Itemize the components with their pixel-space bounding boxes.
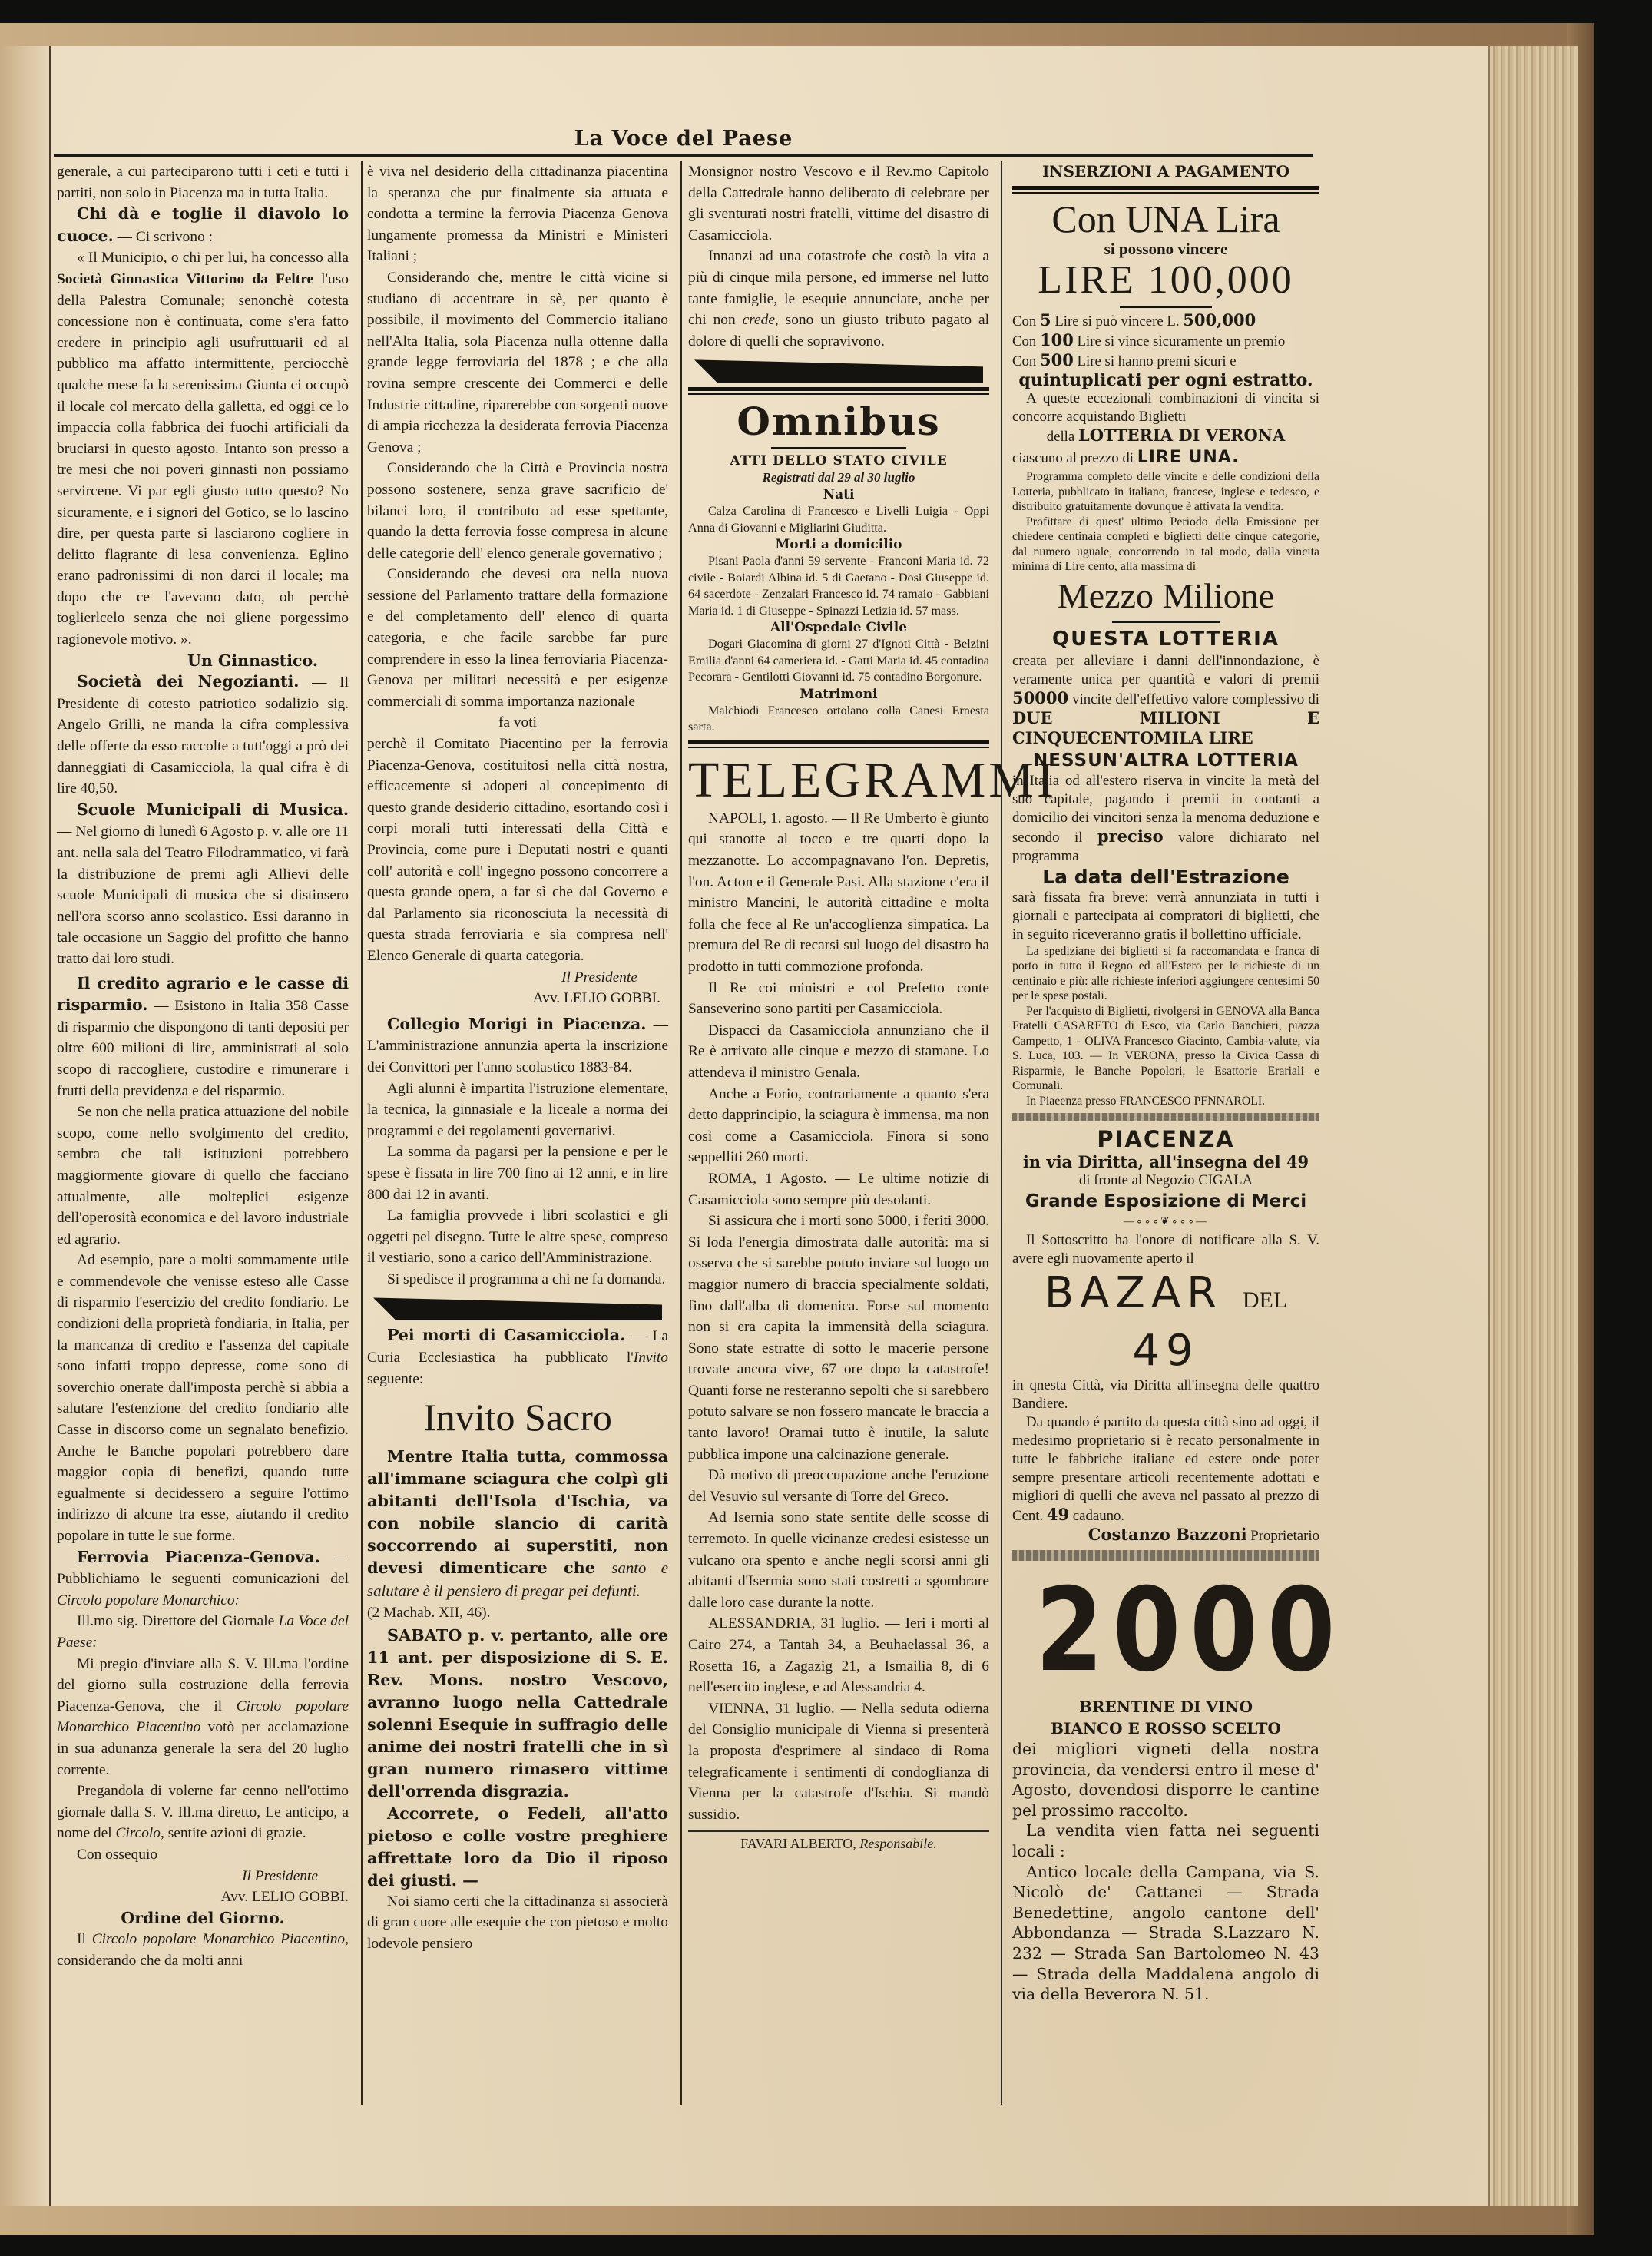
text: Il [77,1931,92,1947]
ornament-divider: —∘∘∘❦∘∘∘— [1012,1213,1319,1231]
paragraph: Mentre Italia tutta, commossa all'immane… [367,1445,668,1602]
article-ferrovia: Ferrovia Piacenza-Genova. — Pubblichiamo… [57,1547,349,1612]
fine-print: Programma completo delle vincite e delle… [1012,469,1319,515]
paragraph: Anche a Forio, contrariamente a quanto s… [688,1084,989,1168]
text-italic: Invito [634,1350,668,1366]
paragraph: Il Sottoscritto ha l'onore di notificare… [1012,1231,1319,1268]
article-scuole-musica: Scuole Municipali di Musica. — Nel giorn… [57,800,349,970]
paragraph: Il Circolo popolare Monarchico Piacentin… [57,1929,349,1971]
short-rule [1112,621,1220,623]
lottery-subhead: si possono vincere [1012,240,1319,258]
lotteria-verona-line: della LOTTERIA DI VERONA [1012,426,1319,446]
column-3: Monsignor nostro Vescovo e il Rev.mo Cap… [688,161,989,1855]
bazar-del-49: BAZAR DEL 49 [1012,1268,1319,1376]
paragraph: Si spedisce il programma a chi ne fa dom… [367,1269,668,1290]
births-list: Calza Carolina di Francesco e Livelli Lu… [688,503,989,536]
paragraph: è viva nel desiderio della cittadinanza … [367,161,668,267]
marriages-list: Malchiodi Francesco ortolano colla Canes… [688,703,989,736]
data-estrazione: La data dell'Estrazione [1012,866,1319,889]
fa-voti: fa voti [367,712,668,734]
text: Lire si vince sicuramente un premio [1074,333,1285,349]
paragraph: in qnesta Città, via Diritta all'insegna… [1012,1376,1319,1413]
double-rule [688,740,989,748]
matrimoni-heading: Matrimoni [688,686,989,703]
text: 49 [1132,1326,1199,1376]
paragraph: dei migliori vigneti della nostra provin… [1012,1739,1319,1820]
piacenza-heading: PIACENZA [1012,1125,1319,1153]
paragraph: Mi pregio d'inviare alla S. V. Ill.ma l'… [57,1654,349,1781]
lottery-headline: Con UNA Lira [1012,198,1319,240]
article-credito-agrario: Il credito agrario e le casse di risparm… [57,973,349,1102]
telegram-roma: ROMA, 1 Agosto. — Le ultime notizie di C… [688,1168,989,1211]
paragraph: Monsignor nostro Vescovo e il Rev.mo Cap… [688,161,989,246]
text-italic: Circolo popolare Monarchico: [57,1592,240,1608]
nessun-altra-lotteria: NESSUN'ALTRA LOTTERIA [1012,749,1319,772]
paragraph: Accorrete, o Fedeli, all'atto pietoso e … [367,1802,668,1891]
via-diritta: in via Diritta, all'insegna del 49 [1012,1153,1319,1171]
nati-heading: Nati [688,486,989,503]
paragraph: SABATO p. v. pertanto, alle ore 11 ant. … [367,1624,668,1802]
article-pei-morti: Pei morti di Casamicciola. — La Curia Ec… [367,1325,668,1390]
paragraph: sarà fissata fra breve: verrà annunziata… [1012,889,1319,944]
hospital-deaths-list: Dogari Giacomina di giorni 27 d'Ignoti C… [688,636,989,686]
telegrammi-heading: TELEGRAMMI [688,753,989,808]
paragraph: generale, a cui parteciparono tutti i ce… [57,161,349,204]
text: Con [1012,313,1040,330]
text-bold: Costanzo Bazzoni [1088,1525,1247,1544]
di-fronte: di fronte al Negozio CIGALA [1012,1171,1319,1190]
text: ciascuno al prezzo di [1012,450,1137,466]
invito-sacro-title: Invito Sacro [367,1394,668,1440]
text: BAZAR [1045,1268,1223,1318]
column-divider [1001,161,1002,2105]
signature-name: Avv. LELIO GOBBI. [57,1887,349,1908]
article-heading: Società dei Negozianti. [77,672,299,691]
wine-ad-2000: 2000 [1035,1565,1296,1696]
divider-bar [1012,1113,1319,1121]
column-1: generale, a cui parteciparono tutti i ce… [57,161,349,1971]
atti-stato-civile-heading: ATTI DELLO STATO CIVILE [688,452,989,469]
paragraph: Agli alunni è impartita l'istruzione ele… [367,1078,668,1142]
section-divider-bar [373,1297,662,1320]
paragraph: Antico locale della Campana, via S. Nico… [1012,1862,1319,2005]
brentine-heading: BRENTINE DI VINO [1012,1696,1319,1718]
paragraph: creata per alleviare i danni dell'innond… [1012,652,1319,749]
article-heading: Pei morti di Casamicciola. [387,1326,625,1344]
double-rule [1012,186,1319,194]
text: , sentite azioni di grazie. [161,1825,306,1841]
mezzo-milione: Mezzo Milione [1012,575,1319,618]
article-chi-da: Chi dà e toglie il diavolo lo cuoce. — C… [57,204,349,247]
signature-title: Il Presidente [367,967,668,989]
text: l'uso della Palestra Comunale; senonchè … [57,271,349,648]
paragraph: Ad esempio, pare a molti sommamente util… [57,1250,349,1546]
fine-print: Profittare di quest' ultimo Periodo dell… [1012,515,1319,575]
text: Lire si hanno premi sicuri e [1074,353,1237,369]
quintuplicati: quintuplicati per ogni estratto. [1012,371,1319,389]
article-heading: Ferrovia Piacenza-Genova. [77,1548,320,1566]
text: — Nel giorno di lunedì 6 Agosto p. v. al… [57,823,349,967]
paragraph: La famiglia provvede i libri scolastici … [367,1205,668,1269]
telegram-alessandria: ALESSANDRIA, 31 luglio. — Ieri i morti a… [688,1613,989,1698]
article-heading: Scuole Municipali di Musica. [77,800,349,819]
paragraph: Considerando che la Città e Provincia no… [367,458,668,564]
text: seguente: [367,1371,423,1387]
registration-dates: Registrati dal 29 al 30 luglio [688,469,989,486]
text: « Il Municipio, o chi per lui, ha conces… [77,250,349,266]
masthead: La Voce del Paese [54,127,1313,151]
text-bold: LOTTERIA DI VERONA [1078,426,1285,445]
text: cadauno. [1069,1508,1124,1524]
grande-esposizione: Grande Esposizione di Merci [1012,1190,1319,1213]
signature: Un Ginnastico. [57,651,349,672]
page-edges [1488,46,1578,2206]
column-divider [361,161,363,2105]
fine-print: La spediziane dei biglietti si fa raccom… [1012,944,1319,1004]
text-bold: 49 [1047,1505,1069,1524]
top-rule [54,154,1313,157]
signature-name: Avv. LELIO GOBBI. [367,988,668,1009]
article-heading-ordine: Ordine del Giorno. [57,1908,349,1930]
article-negozianti: Società dei Negozianti. — Il Presidente … [57,671,349,800]
text-italic: Circolo [115,1825,161,1841]
signature-title: Il Presidente [57,1866,349,1887]
text: Con [1012,333,1040,349]
paragraph: Con ossequio [57,1844,349,1866]
paragraph: La vendita vien fatta nei seguenti local… [1012,1820,1319,1861]
paragraph: Ad Isernia sono state sentite delle scos… [688,1507,989,1613]
paragraph: Dà motivo di preoccupazione anche l'eruz… [688,1465,989,1507]
paragraph: Ill.mo sig. Direttore del Giornale La Vo… [57,1611,349,1653]
left-gutter [0,46,51,2206]
divider-bar [1012,1550,1319,1561]
paragraph: in Italia od all'estero riserva in vinci… [1012,772,1319,866]
text-italic: Circolo popolare Monarchico Piacentino [92,1931,345,1947]
advertisements-column: INSERZIONI A PAGAMENTO Con UNA Lira si p… [1012,161,1319,2005]
column-2: è viva nel desiderio della cittadinanza … [367,161,668,1955]
article-lead: — Ci scrivono : [114,229,213,245]
text-bold: 500 [1040,350,1074,369]
paragraph: Noi siamo certi che la cittadinanza si a… [367,1891,668,1955]
text-bold: Società Ginnastica Vittorino da Feltre [57,271,313,287]
paragraph: perchè il Comitato Piacentino per la fer… [367,734,668,967]
text-bold: Mentre Italia tutta, commossa all'immane… [367,1446,668,1577]
deaths-list: Pisani Paola d'anni 59 servente - Franco… [688,553,989,619]
morti-heading: Morti a domicilio [688,536,989,553]
ospedale-heading: All'Ospedale Civile [688,619,989,636]
text-bold: 5 [1040,310,1051,330]
paragraph: Considerando che devesi ora nella nuova … [367,564,668,712]
responsible-editor: FAVARI ALBERTO, Responsabile. [688,1830,989,1855]
text: vincite dell'effettivo valore complessiv… [1068,691,1319,707]
prize-line: Con 100 Lire si vince sicuramente un pre… [1012,331,1319,351]
paragraph: Se non che nella pratica attuazione del … [57,1101,349,1250]
paragraph: Si assicura che i morti sono 5000, i fer… [688,1211,989,1465]
paragraph: Dispacci da Casamicciola annunziano che … [688,1020,989,1084]
short-rule [771,447,906,449]
double-rule [688,387,989,395]
paragraph: A queste eccezionali combinazioni di vin… [1012,389,1319,426]
text: creata per alleviare i danni dell'innond… [1012,653,1319,687]
agent-piacenza: In Piaeenza presso FRANCESCO PFNNAROLI. [1012,1094,1319,1109]
text: Lire si può vincere L. [1051,313,1184,330]
text: Con [1012,353,1040,369]
text: della [1047,429,1078,445]
questa-lotteria: QUESTA LOTTERIA [1012,626,1319,652]
prize-line: Con 500 Lire si hanno premi sicuri e [1012,351,1319,371]
prize-line: Con 5 Lire si può vincere L. 500,000 [1012,311,1319,331]
fine-print: Per l'acquisto di Biglietti, rivolgersi … [1012,1004,1319,1094]
paragraph: Innanzi ad una cotastrofe che costò la v… [688,246,989,352]
price-line: ciascuno al prezzo di LIRE UNA. [1012,446,1319,469]
text: Ill.mo sig. Direttore del Giornale [77,1613,279,1629]
paragraph: Da quando é partito da questa città sino… [1012,1413,1319,1526]
text: — Il Presidente di cotesto patriotico so… [57,674,349,797]
paragraph: La somma da pagarsi per la pensione e pe… [367,1141,668,1205]
paid-ads-banner: INSERZIONI A PAGAMENTO [1012,161,1319,181]
omnibus-heading: Omnibus [688,399,989,444]
scripture-reference: (2 Machab. XII, 46). [367,1602,668,1624]
text-bold: 100 [1040,330,1074,349]
text-bold: preciso [1097,827,1164,846]
paragraph: « Il Municipio, o chi per lui, ha conces… [57,247,349,650]
text-bold: DUE MILIONI E CINQUECENTOMILA LIRE [1012,708,1319,747]
proprietor-signature: Costanzo Bazzoni Proprietario [1012,1526,1319,1545]
text-bold: 500,000 [1183,310,1256,330]
text: Proprietario [1247,1528,1319,1544]
paragraph: Considerando che, mentre le città vicine… [367,267,668,458]
article-heading: Collegio Morigi in Piacenza. [387,1015,646,1033]
text-bold: LIRE UNA. [1137,448,1240,467]
telegram-vienna: VIENNA, 31 luglio. — Nella seduta odiern… [688,1698,989,1826]
text-bold: 50000 [1012,688,1068,707]
short-rule [1120,306,1212,308]
editor-name: FAVARI ALBERTO, [740,1836,859,1851]
paragraph: Il Re coi ministri e col Prefetto conte … [688,978,989,1020]
bianco-rosso-heading: BIANCO E ROSSO SCELTO [1012,1718,1319,1739]
telegram-napoli: NAPOLI, 1. agosto. — Il Re Umberto è giu… [688,808,989,978]
editor-role: Responsabile. [859,1836,937,1851]
text-italic: crede [743,312,775,328]
article-collegio-morigi: Collegio Morigi in Piacenza. — L'amminis… [367,1014,668,1078]
section-divider-bar [694,359,983,383]
paragraph: Pregandola di volerne far cenno nell'ott… [57,1781,349,1844]
column-divider [680,161,682,2105]
text: DEL [1243,1287,1287,1313]
lottery-prize: LIRE 100,000 [1012,258,1319,303]
